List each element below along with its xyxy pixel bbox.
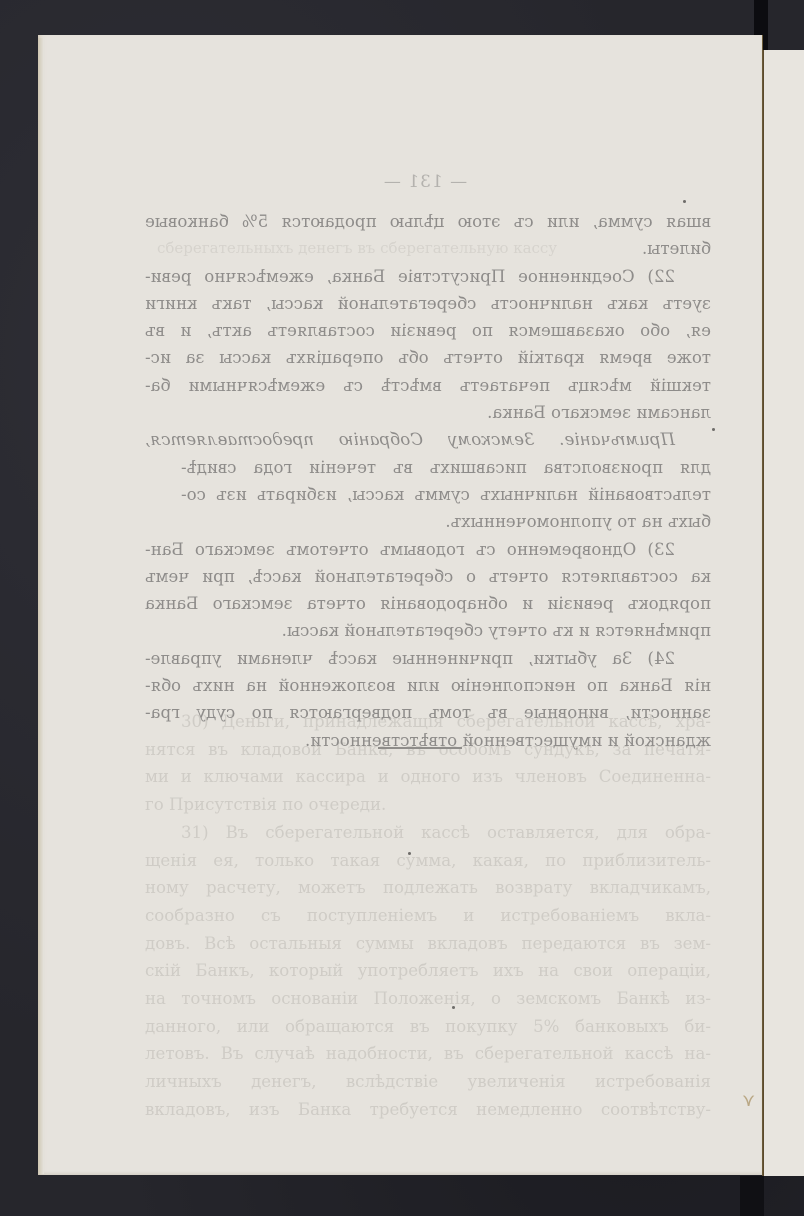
- bleed-line: сообразно съ поступленіемъ и истребовані…: [145, 902, 711, 930]
- paragraph-23-start: 23) Одновременно съ годовымъ отчетомъ зе…: [145, 536, 711, 563]
- ink-speck: [452, 1006, 455, 1009]
- gutter-fold-mark: ⋎: [742, 1090, 762, 1112]
- text-line: примѣняется и къ отчету сберегательной к…: [145, 617, 711, 644]
- text-line: лансами земскаго Банка.: [145, 399, 711, 426]
- bleed-line: довъ. Всѣ остальныя суммы вкладовъ перед…: [145, 930, 711, 958]
- note-start: Примѣчаніе. Земскому Собранію предоставл…: [145, 426, 711, 453]
- bleed-through-text: 30) Деньги, принадлежащія сберегательной…: [145, 708, 711, 1124]
- text-line: жданской и имущественной отвѣтственности…: [145, 727, 711, 754]
- page-number: — 131 —: [370, 172, 480, 192]
- bleed-line: личныхъ денегъ, вслѣдствіе увеличенія ис…: [145, 1068, 711, 1096]
- bleed-line: 31) Въ сберегательной кассѣ оставляется,…: [145, 819, 711, 847]
- text-line: ея, обо оказавшемся по ревизіи составляе…: [145, 317, 711, 344]
- text-line: тоже время краткій отчетъ объ операціяхъ…: [145, 344, 711, 371]
- text-line: билеты.: [145, 235, 711, 262]
- bleed-line: вкладовъ, изъ Банка требуется немедленно…: [145, 1096, 711, 1124]
- bleed-line: ми и ключами кассира и одного изъ членов…: [145, 763, 711, 791]
- bleed-line: щенія ея, только такая сумма, какая, по …: [145, 847, 711, 875]
- text-line: для произволства писавшихъ въ теченіи го…: [145, 454, 711, 481]
- text-line: зуетъ какъ наличность сберегательной кас…: [145, 290, 711, 317]
- bleed-line: данного, или обращаются въ покупку 5% ба…: [145, 1013, 711, 1041]
- paragraph-22-start: 22) Соединенное Присутствіе Банка, ежемѣ…: [145, 263, 711, 290]
- bleed-line: скій Банкъ, который употребляетъ ихъ на …: [145, 957, 711, 985]
- facing-page-edge: [762, 50, 804, 1176]
- ink-speck: [408, 852, 411, 855]
- bleed-line: ному расчету, можетъ подлежать возврату …: [145, 874, 711, 902]
- bleed-line: на точномъ основаніи Положенія, о земско…: [145, 985, 711, 1013]
- paragraph-24-start: 24) За убытки, причиненные кассѣ членами…: [145, 645, 711, 672]
- section-end-rule: [378, 747, 462, 749]
- ink-speck: [683, 200, 686, 203]
- text-line: ка составляется отчетъ о сберегательной …: [145, 563, 711, 590]
- text-line: быхъ на то уполномоченныхъ.: [145, 508, 711, 535]
- bleed-line: го Присутствія по очереди.: [145, 791, 711, 819]
- page-edge: [38, 38, 44, 1174]
- text-line: вшая сумма, или съ этою цѣлью продаются …: [145, 208, 711, 235]
- main-text-block: вшая сумма, или съ этою цѣлью продаются …: [145, 208, 711, 754]
- text-line: текшій мѣсяцъ печатаетъ вмѣстѣ съ ежемѣс…: [145, 372, 711, 399]
- text-line: тельствованій наличныхъ суммъ кассы, изб…: [145, 481, 711, 508]
- text-line: занности, виновные въ томъ подвергаются …: [145, 699, 711, 726]
- gutter-shadow-bottom: [740, 1176, 764, 1216]
- text-line: нія Банка по неисполненію или возложенно…: [145, 672, 711, 699]
- ink-speck: [712, 428, 715, 431]
- text-line: порядокъ ревизіи и обнародованія отчета …: [145, 590, 711, 617]
- bleed-line: летовъ. Въ случаѣ надобности, въ сберега…: [145, 1040, 711, 1068]
